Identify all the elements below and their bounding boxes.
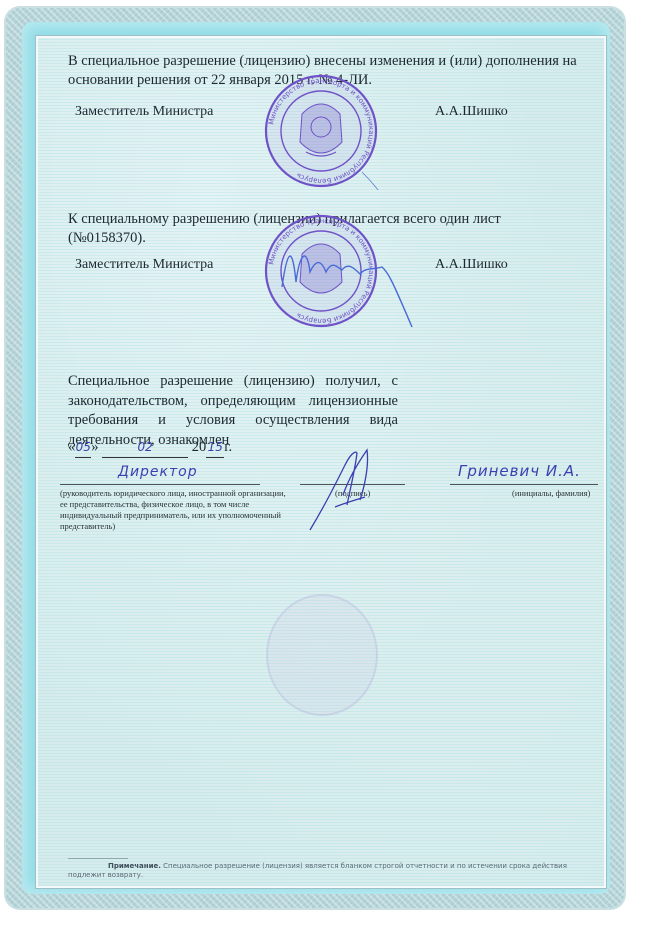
signer-title-1: Заместитель Министра bbox=[75, 102, 213, 121]
date-day: 05 bbox=[75, 438, 91, 458]
handwritten-signature bbox=[305, 445, 385, 535]
acknowledgement-date: «05» 02 2015г. bbox=[68, 438, 232, 458]
date-month: 02 bbox=[102, 438, 188, 458]
official-stamp-1: Министерство транспорта и коммуникаций Р… bbox=[262, 72, 380, 190]
note-label: Примечание. bbox=[108, 862, 161, 870]
official-stamp-2: Министерство транспорта и коммуникаций Р… bbox=[262, 212, 432, 337]
date-suffix: г. bbox=[224, 439, 232, 455]
name-line bbox=[450, 484, 598, 485]
signer-title-2: Заместитель Министра bbox=[75, 255, 213, 274]
signer-name-1: А.А.Шишко bbox=[435, 102, 508, 121]
note-rule bbox=[68, 858, 128, 859]
watermark-emblem bbox=[262, 590, 382, 720]
position-handwritten: Директор bbox=[118, 464, 198, 480]
date-quote-open: « bbox=[68, 439, 75, 455]
position-caption: (руководитель юридического лица, иностра… bbox=[60, 488, 290, 532]
date-year-prefix: 20 bbox=[192, 439, 207, 455]
signer-name-2: А.А.Шишко bbox=[435, 255, 508, 274]
footnote: Примечание. Специальное разрешение (лице… bbox=[68, 862, 598, 880]
name-caption: (инициалы, фамилия) bbox=[512, 488, 590, 499]
date-year-suffix: 15 bbox=[206, 438, 224, 458]
position-line bbox=[60, 484, 260, 485]
date-quote-close: » bbox=[91, 439, 98, 455]
name-handwritten: Гриневич И.А. bbox=[458, 462, 581, 480]
